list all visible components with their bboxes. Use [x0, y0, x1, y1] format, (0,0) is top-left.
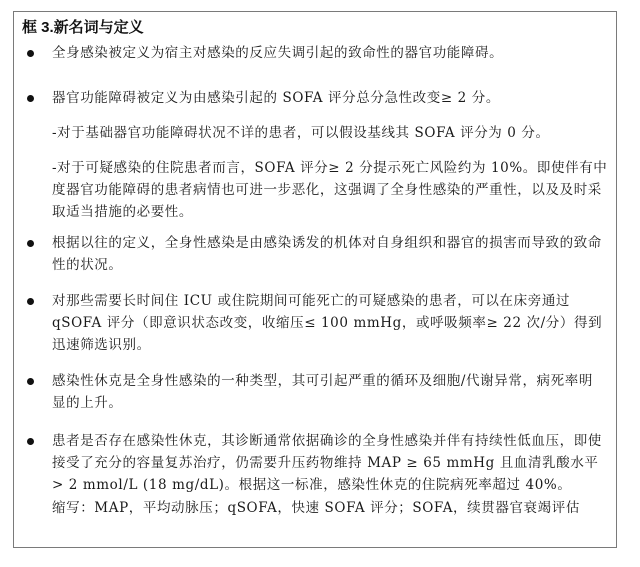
item-text: 根据以往的定义，全身性感染是由感染诱发的机体对自身组织和器官的损害而导致的致命性… [52, 232, 604, 276]
bullet-icon [27, 50, 34, 57]
bullet-icon [27, 298, 34, 305]
box-title: 框 3.新名词与定义 [22, 16, 144, 37]
item-text: 感染性休克是全身性感染的一种类型，其可引起严重的循环及细胞/代谢异常，病死率明显… [52, 370, 604, 414]
bullet-icon [27, 378, 34, 385]
text-box-frame: 框 3.新名词与定义 全身感染被定义为宿主对感染的反应失调引起的致命性的器官功能… [13, 11, 617, 548]
bullet-icon [27, 240, 34, 247]
item-text: 对那些需要长时间住 ICU 或住院期间可能死亡的可疑感染的患者，可以在床旁通过 … [52, 290, 604, 356]
abbreviations-text: 缩写：MAP，平均动脉压；qSOFA，快速 SOFA 评分；SOFA，续贯器官衰… [52, 497, 608, 519]
item-text: 器官功能障碍被定义为由感染引起的 SOFA 评分总分急性改变≥ 2 分。 [52, 87, 604, 109]
bullet-icon [27, 95, 34, 102]
bullet-icon [27, 438, 34, 445]
sub-item-text: -对于可疑感染的住院患者而言，SOFA 评分≥ 2 分提示死亡风险约为 10%。… [52, 157, 608, 223]
sub-item-text: -对于基础器官功能障碍状况不详的患者，可以假设基线其 SOFA 评分为 0 分。 [52, 122, 608, 144]
item-text: 患者是否存在感染性休克，其诊断通常依据确诊的全身性感染并伴有持续性低血压，即使接… [52, 430, 604, 496]
item-text: 全身感染被定义为宿主对感染的反应失调引起的致命性的器官功能障碍。 [52, 42, 604, 64]
